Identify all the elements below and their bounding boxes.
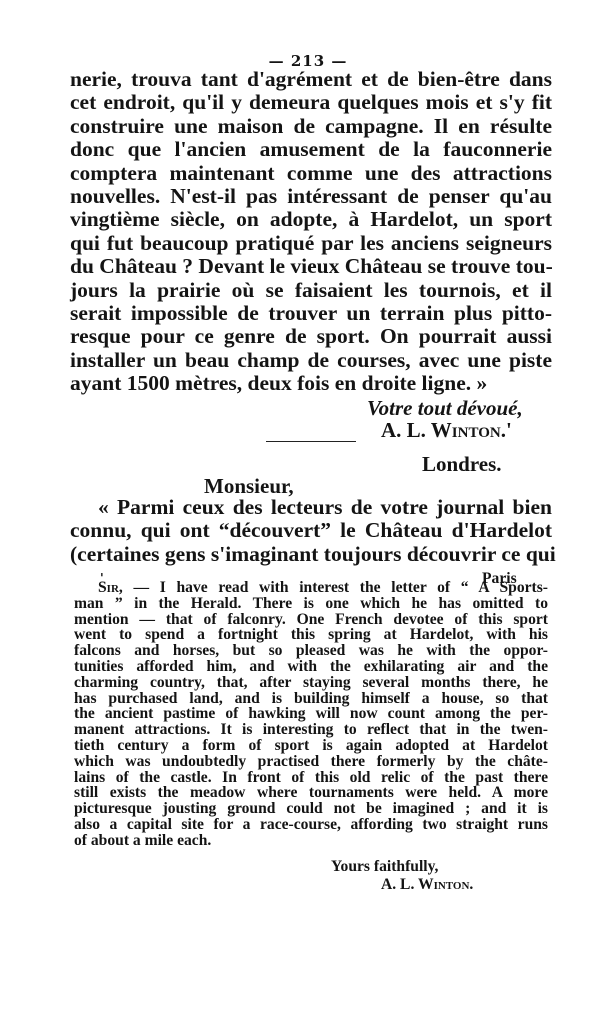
text-line: also a capital site for a race-course, a…: [74, 817, 548, 833]
text-line: serait impossible de trouver un terrain …: [70, 302, 552, 325]
text-line: jours la prairie où se faisaient les tou…: [70, 279, 552, 302]
text-line: ayant 1500 mètres, deux fois en droite l…: [70, 372, 552, 395]
text-line: man ” in the Herald. There is one which …: [74, 596, 548, 612]
text-line: qui fut beaucoup pratiqué par les ancien…: [70, 232, 552, 255]
french-letter-body: nerie, trouva tant d'agrément et de bien…: [70, 68, 552, 395]
text-line: of about a mile each.: [74, 833, 548, 849]
text-line: went to spend a fortnight this spring at…: [74, 627, 548, 643]
text-line: cet endroit, qu'il y demeura quelques mo…: [70, 91, 552, 114]
text-line: tunities afforded him, and with the exhi…: [74, 659, 548, 675]
text-line: manent attractions. It is interesting to…: [74, 722, 548, 738]
footnote-body: Sir, — I have read with interest the let…: [74, 580, 548, 849]
text-line: picturesque jousting ground could not be…: [74, 801, 548, 817]
text-line: resque pour ce genre de sport. On pourra…: [70, 325, 552, 348]
text-line: which was undoubtedly practised there fo…: [74, 754, 548, 770]
text-line: charming country, that, after staying se…: [74, 675, 548, 691]
french-signature: A. L. Winton.': [381, 418, 512, 443]
text-line: connu, qui ont “découvert” le Château d'…: [70, 519, 552, 542]
text-line: construire une maison de campagne. Il en…: [70, 115, 552, 138]
text-line: du Château ? Devant le vieux Château se …: [70, 255, 552, 278]
text-line: lains of the castle. In front of this ol…: [74, 770, 548, 786]
section-divider: [266, 441, 356, 442]
text-line: installer un beau champ de courses, avec…: [70, 349, 552, 372]
text-line: (certaines gens s'imaginant toujours déc…: [70, 543, 552, 566]
second-letter-body: « Parmi ceux des lecteurs de votre journ…: [70, 496, 552, 566]
second-letter-place: Londres.: [422, 452, 502, 477]
text-line: has purchased land, and is building hims…: [74, 691, 548, 707]
text-line: falcons and horses, but so pleased was h…: [74, 643, 548, 659]
text-line: Sir, — I have read with interest the let…: [74, 580, 548, 596]
text-line: nerie, trouva tant d'agrément et de bien…: [70, 68, 552, 91]
text-line: « Parmi ceux des lecteurs de votre journ…: [70, 496, 552, 519]
text-line: still exists the meadow where tournament…: [74, 785, 548, 801]
text-line: donc que l'ancien amusement de la faucon…: [70, 138, 552, 161]
footnote-signature: A. L. Winton.: [381, 876, 473, 894]
text-line: tieth century a form of sport is again a…: [74, 738, 548, 754]
salutation-sir: Sir,: [98, 579, 123, 596]
text-line: mention — that of falconry. One French d…: [74, 612, 548, 628]
text-line: comptera maintenant comme une des attrac…: [70, 162, 552, 185]
footnote-closing: Yours faithfully,: [331, 858, 438, 876]
text-line: vingtième siècle, on adopte, à Hardelot,…: [70, 208, 552, 231]
text-line: nouvelles. N'est-il pas intéressant de p…: [70, 185, 552, 208]
text-line: the ancient pastime of hawking will now …: [74, 706, 548, 722]
